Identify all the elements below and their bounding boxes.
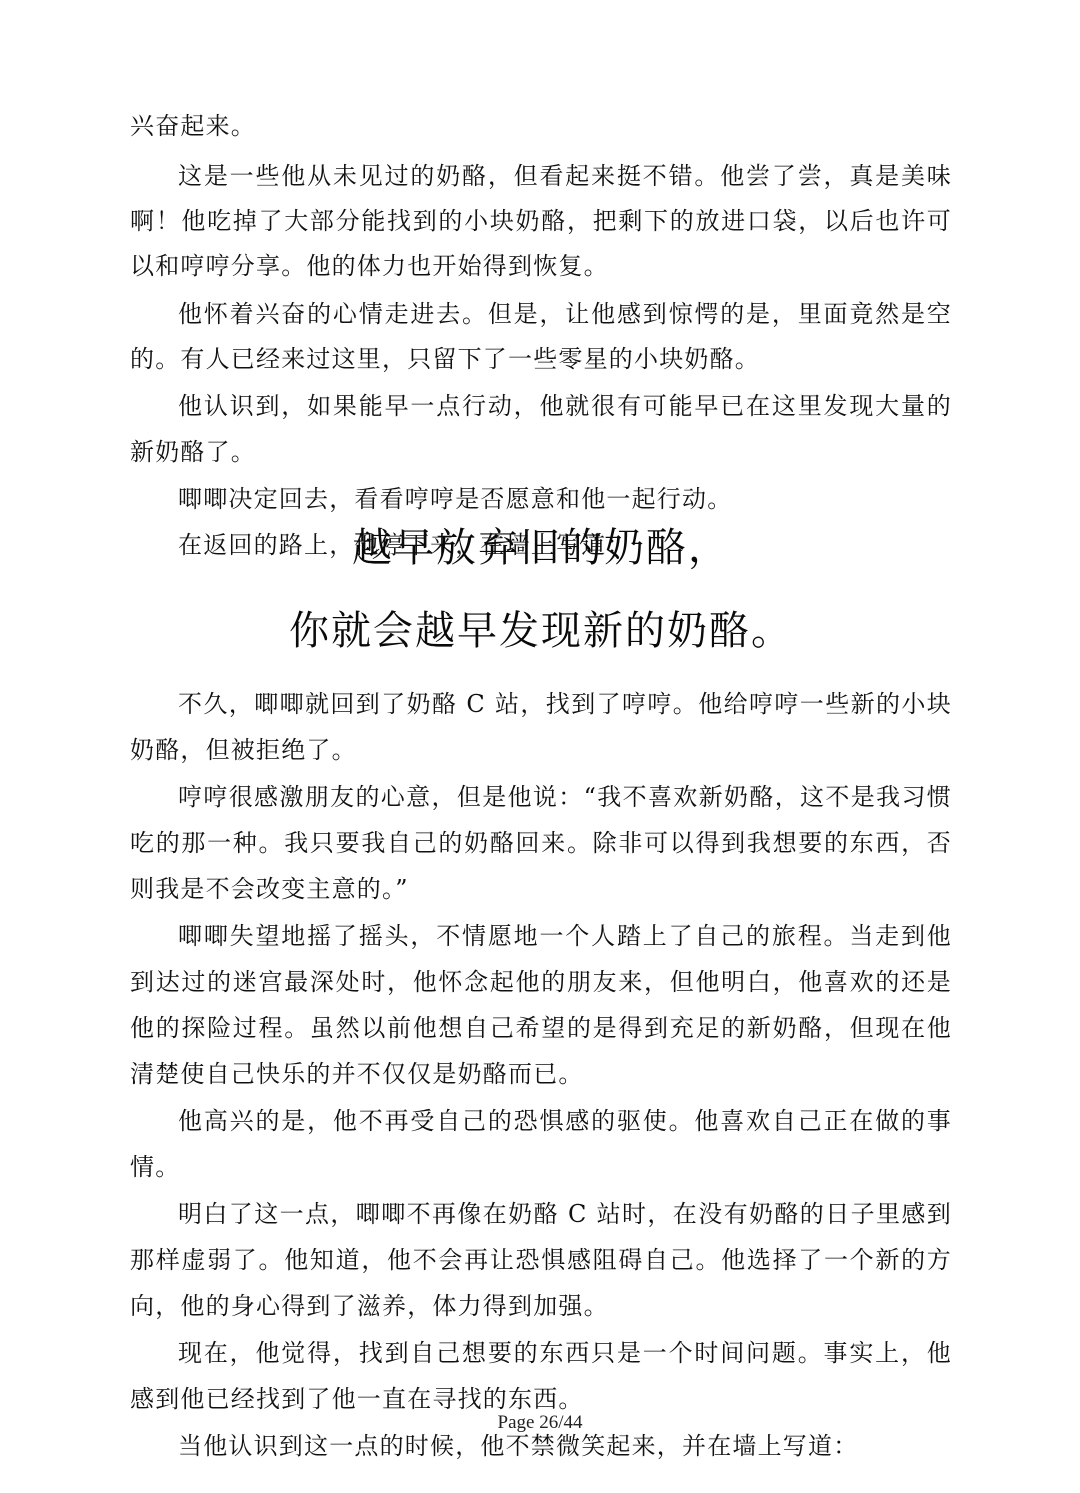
paragraph-line: 向，他的身心得到了滋养，体力得到加强。 [130,1286,952,1326]
paragraph-line: 这是一些他从未见过的奶酪，但看起来挺不错。他尝了尝，真是美味 [130,156,952,196]
paragraph-line: 现在，他觉得，找到自己想要的东西只是一个时间问题。事实上，他 [130,1333,952,1373]
paragraph-line: 奶酪，但被拒绝了。 [130,730,952,770]
paragraph-line: 则我是不会改变主意的。” [130,869,952,909]
paragraph-line: 以和哼哼分享。他的体力也开始得到恢复。 [130,246,952,286]
paragraph-line: 他高兴的是，他不再受自己的恐惧感的驱使。他喜欢自己正在做的事 [130,1101,952,1141]
paragraph-line: 到达过的迷宫最深处时，他怀念起他的朋友来，但他明白，他喜欢的还是 [130,962,952,1002]
paragraph-line: 啊！他吃掉了大部分能找到的小块奶酪，把剩下的放进口袋，以后也许可 [130,201,952,241]
wall-quote-line-2: 你就会越早发现新的奶酪。 [130,601,952,661]
paragraph-line: 兴奋起来。 [130,106,952,146]
paragraph-line: 哼哼很感激朋友的心意，但是他说：“我不喜欢新奶酪，这不是我习惯 [130,777,952,817]
paragraph-line: 新奶酪了。 [130,432,952,472]
paragraph-line: 不久，唧唧就回到了奶酪 C 站，找到了哼哼。他给哼哼一些新的小块 [130,684,952,724]
wall-quote-line-1: 越早放弃旧的奶酪， [130,518,952,578]
paragraph-line: 他怀着兴奋的心情走进去。但是，让他感到惊愕的是，里面竟然是空 [130,294,952,334]
paragraph-line: 吃的那一种。我只要我自己的奶酪回来。除非可以得到我想要的东西，否 [130,823,952,863]
paragraph-line: 明白了这一点，唧唧不再像在奶酪 C 站时，在没有奶酪的日子里感到 [130,1194,952,1234]
paragraph-line: 唧唧失望地摇了摇头，不情愿地一个人踏上了自己的旅程。当走到他 [130,916,952,956]
paragraph-line: 那样虚弱了。他知道，他不会再让恐惧感阻碍自己。他选择了一个新的方 [130,1240,952,1280]
paragraph-line: 的。有人已经来过这里，只留下了一些零星的小块奶酪。 [130,339,952,379]
paragraph-line: 情。 [130,1147,952,1187]
paragraph-line: 他的探险过程。虽然以前他想自己希望的是得到充足的新奶酪，但现在他 [130,1008,952,1048]
paragraph-line: 清楚使自己快乐的并不仅仅是奶酪而已。 [130,1054,952,1094]
paragraph-line: 他认识到，如果能早一点行动，他就很有可能早已在这里发现大量的 [130,386,952,426]
page-number: Page 26/44 [0,1412,1080,1434]
paragraph-line: 唧唧决定回去，看看哼哼是否愿意和他一起行动。 [130,479,952,519]
